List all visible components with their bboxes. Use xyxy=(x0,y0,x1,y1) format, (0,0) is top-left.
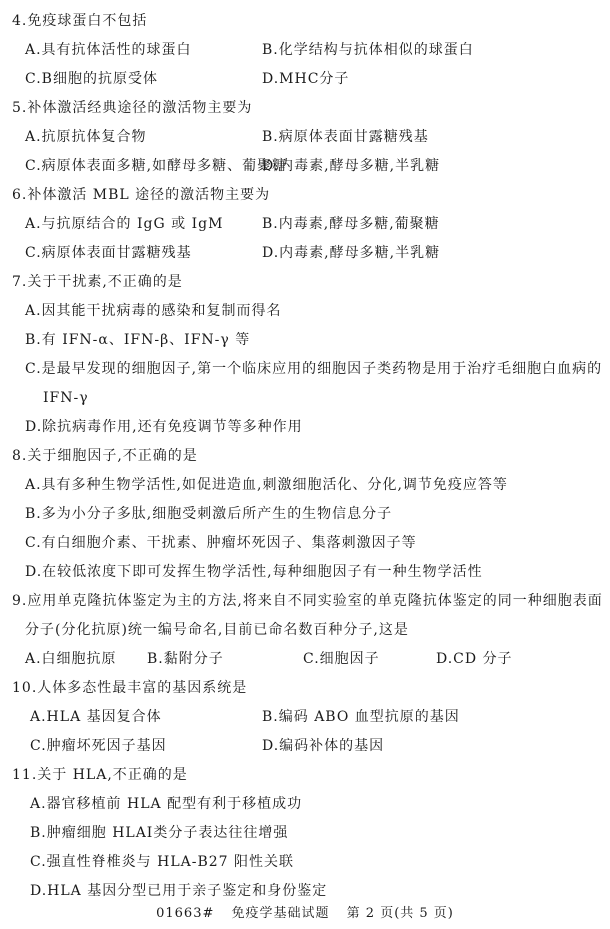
question-11-option-b: B.肿瘤细胞 HLAⅠ类分子表达往往增强 xyxy=(30,823,288,843)
question-6-option-c: C.病原体表面甘露糖残基 xyxy=(25,243,192,263)
question-7-option-c: C.是最早发现的细胞因子,第一个临床应用的细胞因子类药物是用于治疗毛细胞白血病的 xyxy=(25,359,602,379)
question-11-option-c: C.强直性脊椎炎与 HLA-B27 阳性关联 xyxy=(30,852,294,872)
question-4-stem: 4.免疫球蛋白不包括 xyxy=(12,11,147,31)
question-7-stem: 7.关于干扰素,不正确的是 xyxy=(12,272,183,292)
question-10-option-c: C.肿瘤坏死因子基因 xyxy=(30,736,167,756)
page-number: 第 2 页(共 5 页) xyxy=(347,906,454,921)
question-4-option-a: A.具有抗体活性的球蛋白 xyxy=(25,40,192,60)
question-9-option-d: D.CD 分子 xyxy=(436,649,513,669)
question-4-option-c: C.B细胞的抗原受体 xyxy=(25,69,158,89)
question-10-option-a: A.HLA 基因复合体 xyxy=(30,707,162,727)
question-4-option-d: D.MHC分子 xyxy=(262,69,349,89)
question-6-option-b: B.内毒素,酵母多糖,葡聚糖 xyxy=(262,214,440,234)
question-10-stem: 10.人体多态性最丰富的基因系统是 xyxy=(12,678,247,698)
question-9-stem-cont: 分子(分化抗原)统一编号命名,目前已命名数百种分子,这是 xyxy=(25,620,409,640)
question-8-option-b: B.多为小分子多肽,细胞受刺激后所产生的生物信息分子 xyxy=(25,504,392,524)
question-8-stem: 8.关于细胞因子,不正确的是 xyxy=(12,446,198,466)
question-10-option-d: D.编码补体的基因 xyxy=(262,736,384,756)
question-5-option-d: D.内毒素,酵母多糖,半乳糖 xyxy=(262,156,440,176)
exam-title: 免疫学基础试题 xyxy=(232,906,330,921)
question-5-option-b: B.病原体表面甘露糖残基 xyxy=(262,127,429,147)
question-5-stem: 5.补体激活经典途径的激活物主要为 xyxy=(12,98,252,118)
question-5-option-c: C.病原体表面多糖,如酵母多糖、葡聚糖 xyxy=(25,156,287,176)
question-9-option-b: B.黏附分子 xyxy=(147,649,224,669)
question-6-option-d: D.内毒素,酵母多糖,半乳糖 xyxy=(262,243,440,263)
question-7-option-a: A.因其能干扰病毒的感染和复制而得名 xyxy=(25,301,282,321)
question-6-option-a: A.与抗原结合的 IgG 或 IgM xyxy=(25,214,223,234)
question-4-option-b: B.化学结构与抗体相似的球蛋白 xyxy=(262,40,474,60)
question-8-option-a: A.具有多种生物学活性,如促进造血,刺激细胞活化、分化,调节免疫应答等 xyxy=(25,475,508,495)
question-6-stem: 6.补体激活 MBL 途径的激活物主要为 xyxy=(12,185,270,205)
exam-page: 4.免疫球蛋白不包括 A.具有抗体活性的球蛋白 B.化学结构与抗体相似的球蛋白 … xyxy=(0,0,610,929)
question-5-option-a: A.抗原抗体复合物 xyxy=(25,127,147,147)
question-11-option-a: A.器官移植前 HLA 配型有利于移植成功 xyxy=(30,794,302,814)
question-7-option-d: D.除抗病毒作用,还有免疫调节等多种作用 xyxy=(25,417,303,437)
question-7-option-b: B.有 IFN-α、IFN-β、IFN-γ 等 xyxy=(25,330,250,350)
question-9-option-c: C.细胞因子 xyxy=(303,649,380,669)
question-9-stem: 9.应用单克隆抗体鉴定为主的方法,将来自不同实验室的单克隆抗体鉴定的同一种细胞表… xyxy=(12,591,603,611)
question-11-stem: 11.关于 HLA,不正确的是 xyxy=(12,765,188,785)
question-8-option-c: C.有白细胞介素、干扰素、肿瘤坏死因子、集落刺激因子等 xyxy=(25,533,417,553)
question-7-option-c-cont: IFN-γ xyxy=(43,388,89,408)
exam-code: 01663# xyxy=(156,906,214,921)
page-footer: 01663# 免疫学基础试题 第 2 页(共 5 页) xyxy=(0,904,610,924)
question-11-option-d: D.HLA 基因分型已用于亲子鉴定和身份鉴定 xyxy=(30,881,327,901)
question-9-option-a: A.白细胞抗原 xyxy=(25,649,117,669)
question-10-option-b: B.编码 ABO 血型抗原的基因 xyxy=(262,707,460,727)
question-8-option-d: D.在较低浓度下即可发挥生物学活性,每种细胞因子有一种生物学活性 xyxy=(25,562,483,582)
